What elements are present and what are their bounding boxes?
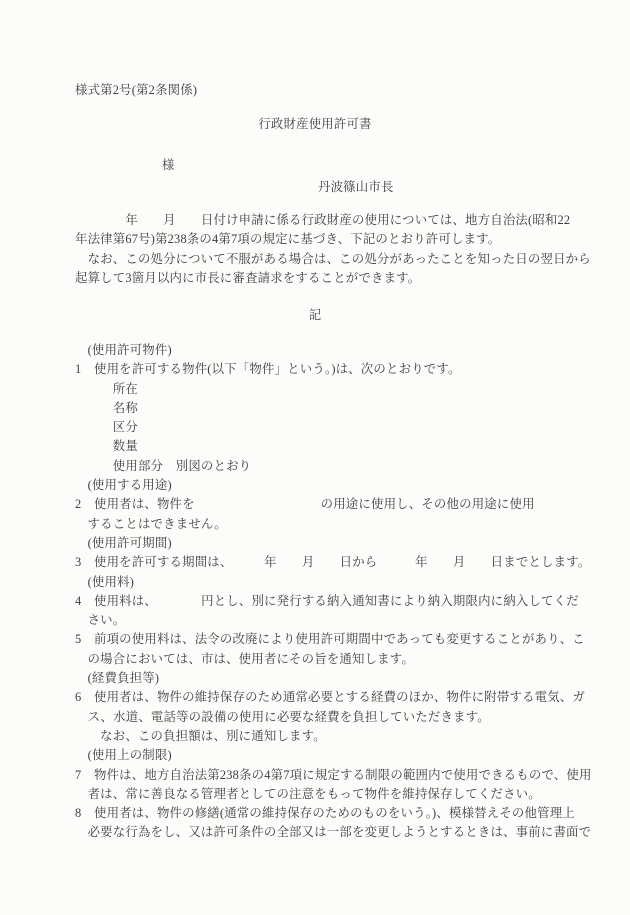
text-line: なお、この負担額は、別に通知します。	[75, 727, 623, 746]
text-line: 6 使用者は、物件の維持保存のため通常必要とする経費のほか、物件に附帯する電気、…	[75, 688, 623, 707]
text-line: ス、水道、電話等の設備の使用に必要な経費を負担していただきます。	[75, 708, 623, 727]
paper-sheet: 様式第2号(第2条関係) 行政財産使用許可書 様 丹波篠山市長 年 月 日付け申…	[0, 0, 630, 915]
text-line: 使用部分 別図のとおり	[75, 457, 623, 476]
text-line: 5 前項の使用料は、法令の改廃により使用許可期間中であっても変更することがあり、…	[75, 630, 623, 649]
text-line: 年 月 日付け申請に係る行政財産の使用については、地方自治法(昭和22	[75, 211, 615, 230]
text-line: 1 使用を許可する物件(以下「物件」という。)は、次のとおりです。	[75, 360, 623, 379]
text-line: (使用料)	[75, 573, 623, 592]
text-line: 必要な行為をし、又は許可条件の全部又は一部を変更しようとするときは、事前に書面で	[75, 823, 623, 842]
text-line: の場合においては、市は、使用者にその旨を通知します。	[75, 650, 623, 669]
text-line: 7 物件は、地方自治法第238条の4第7項に規定する制限の範囲内で使用できるもの…	[75, 766, 623, 785]
text-line: なお、この処分について不服がある場合は、この処分があったことを知った日の翌日から	[75, 250, 615, 269]
text-line: 区分	[75, 418, 623, 437]
addressee-suffix: 様	[162, 156, 175, 175]
text-line: 所在	[75, 380, 623, 399]
text-line: 8 使用者は、物件の修繕(通常の維持保存のためのものをいう。)、模様替えその他管…	[75, 804, 623, 823]
text-line: 名称	[75, 399, 623, 418]
document-page: { "page": { "background_color": "#fcfcfa…	[0, 0, 630, 915]
record-marker: 記	[0, 306, 630, 325]
text-line: 年法律第67号)第238条の4第7項の規定に基づき、下記のとおり許可します。	[75, 230, 615, 249]
text-line: (経費負担等)	[75, 669, 623, 688]
text-line: 4 使用料は、 円とし、別に発行する納入通知書により納入期限内に納入してくだ	[75, 592, 623, 611]
body-clauses: (使用許可物件)1 使用を許可する物件(以下「物件」という。)は、次のとおりです…	[75, 341, 623, 843]
text-line: (使用する用途)	[75, 476, 623, 495]
text-line: することはできません。	[75, 515, 623, 534]
text-line: (使用許可期間)	[75, 534, 623, 553]
text-line: (使用許可物件)	[75, 341, 623, 360]
page-title: 行政財産使用許可書	[0, 115, 630, 134]
form-number: 様式第2号(第2条関係)	[75, 81, 197, 100]
text-line: 起算して3箇月以内に市長に審査請求をすることができます。	[75, 269, 615, 288]
text-line: 数量	[75, 437, 623, 456]
intro-paragraph: 年 月 日付け申請に係る行政財産の使用については、地方自治法(昭和22年法律第6…	[75, 211, 615, 288]
issuer-name: 丹波篠山市長	[318, 178, 394, 197]
text-line: 2 使用者は、物件を の用途に使用し、その他の用途に使用	[75, 495, 623, 514]
text-line: (使用上の制限)	[75, 746, 623, 765]
text-line: さい。	[75, 611, 623, 630]
text-line: 者は、常に善良なる管理者としての注意をもって物件を維持保存してください。	[75, 785, 623, 804]
text-line: 3 使用を許可する期間は、 年 月 日から 年 月 日までとします。	[75, 553, 623, 572]
